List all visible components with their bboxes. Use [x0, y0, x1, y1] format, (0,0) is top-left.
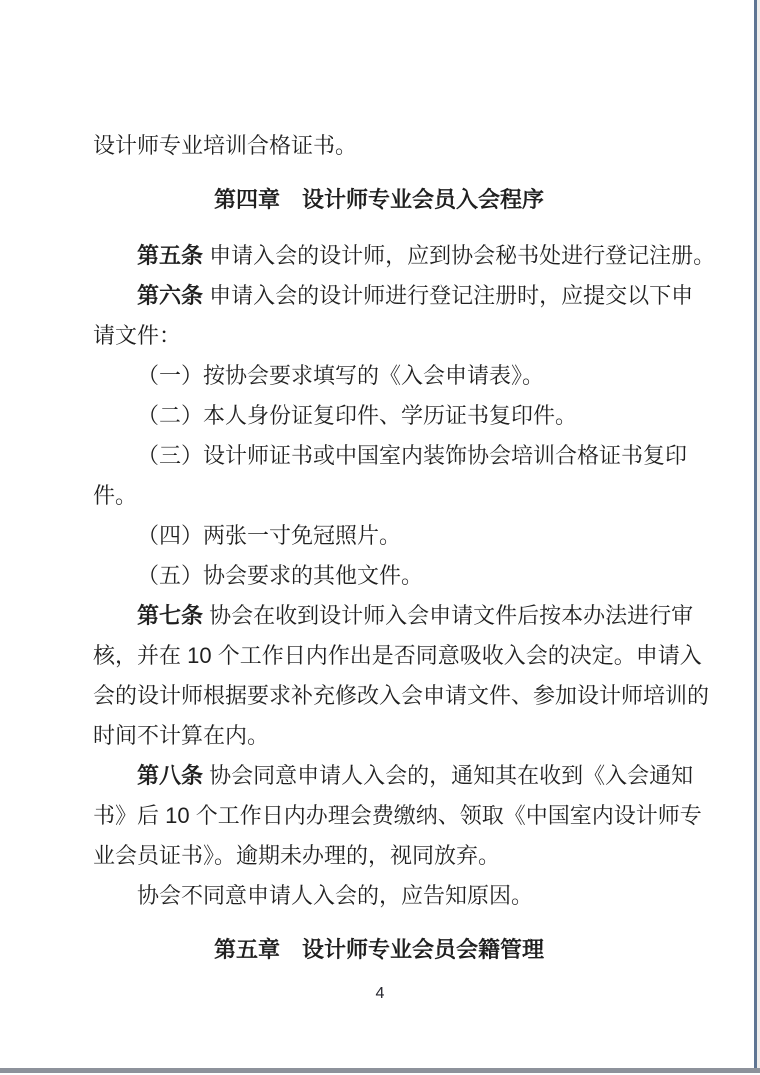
- text-line: 协会不同意申请人入会的，应告知原因。: [93, 876, 665, 916]
- text-line: 第七条 协会在收到设计师入会申请文件后按本办法进行审: [93, 596, 665, 636]
- line-text: 业会员证书》。逾期未办理的，视同放弃。: [93, 843, 500, 868]
- page-content: 设计师专业培训合格证书。第四章 设计师专业会员入会程序第五条 申请入会的设计师，…: [0, 0, 760, 986]
- line-text: 会的设计师根据要求补充修改入会申请文件、参加设计师培训的: [93, 683, 709, 708]
- text-line: 设计师专业培训合格证书。: [93, 126, 665, 166]
- line-text: 书》后 10 个工作日内办理会费缴纳、领取《中国室内设计师专: [93, 803, 702, 828]
- line-text: （四）两张一寸免冠照片。: [137, 523, 401, 548]
- article-number: 第六条: [137, 283, 203, 308]
- line-text: 第五章 设计师专业会员会籍管理: [214, 937, 544, 962]
- text-line: （五）协会要求的其他文件。: [93, 556, 665, 596]
- line-text: 设计师专业培训合格证书。: [93, 133, 357, 158]
- line-text: 申请入会的设计师，应到协会秘书处进行登记注册。: [203, 243, 715, 268]
- line-text: （二）本人身份证复印件、学历证书复印件。: [137, 403, 577, 428]
- line-text: 申请入会的设计师进行登记注册时，应提交以下申: [203, 283, 693, 308]
- text-line: 书》后 10 个工作日内办理会费缴纳、领取《中国室内设计师专: [93, 796, 665, 836]
- page-bottom-edge: [0, 1068, 760, 1073]
- text-line: 第六条 申请入会的设计师进行登记注册时，应提交以下申: [93, 276, 665, 316]
- line-text: 协会在收到设计师入会申请文件后按本办法进行审: [203, 603, 693, 628]
- page-number: 4: [0, 984, 760, 1004]
- line-text: 件。: [93, 483, 137, 508]
- document-page: 设计师专业培训合格证书。第四章 设计师专业会员入会程序第五条 申请入会的设计师，…: [0, 0, 760, 1075]
- text-line: （四）两张一寸免冠照片。: [93, 516, 665, 556]
- article-number: 第七条: [137, 603, 203, 628]
- line-text: （三）设计师证书或中国室内装饰协会培训合格证书复印: [137, 443, 687, 468]
- line-text: 请文件：: [93, 323, 181, 348]
- line-text: 协会同意申请人入会的，通知其在收到《入会通知: [203, 763, 693, 788]
- line-text: 协会不同意申请人入会的，应告知原因。: [137, 883, 533, 908]
- text-line: 第五条 申请入会的设计师，应到协会秘书处进行登记注册。: [93, 236, 665, 276]
- page-right-edge: [754, 0, 757, 1071]
- text-line: （三）设计师证书或中国室内装饰协会培训合格证书复印: [93, 436, 665, 476]
- text-line: 件。: [93, 476, 665, 516]
- text-line: 核，并在 10 个工作日内作出是否同意吸收入会的决定。申请入: [93, 636, 665, 676]
- article-number: 第八条: [137, 763, 203, 788]
- chapter-heading: 第四章 设计师专业会员入会程序: [93, 180, 665, 220]
- line-text: （一）按协会要求填写的《入会申请表》。: [137, 363, 544, 388]
- line-text: （五）协会要求的其他文件。: [137, 563, 423, 588]
- line-text: 时间不计算在内。: [93, 723, 269, 748]
- line-text: 第四章 设计师专业会员入会程序: [214, 187, 544, 212]
- text-line: （二）本人身份证复印件、学历证书复印件。: [93, 396, 665, 436]
- text-line: 业会员证书》。逾期未办理的，视同放弃。: [93, 836, 665, 876]
- text-line: 时间不计算在内。: [93, 716, 665, 756]
- line-text: 核，并在 10 个工作日内作出是否同意吸收入会的决定。申请入: [93, 643, 702, 668]
- text-line: （一）按协会要求填写的《入会申请表》。: [93, 356, 665, 396]
- text-line: 请文件：: [93, 316, 665, 356]
- text-line: 会的设计师根据要求补充修改入会申请文件、参加设计师培训的: [93, 676, 665, 716]
- chapter-heading: 第五章 设计师专业会员会籍管理: [93, 930, 665, 970]
- article-number: 第五条: [137, 243, 203, 268]
- text-line: 第八条 协会同意申请人入会的，通知其在收到《入会通知: [93, 756, 665, 796]
